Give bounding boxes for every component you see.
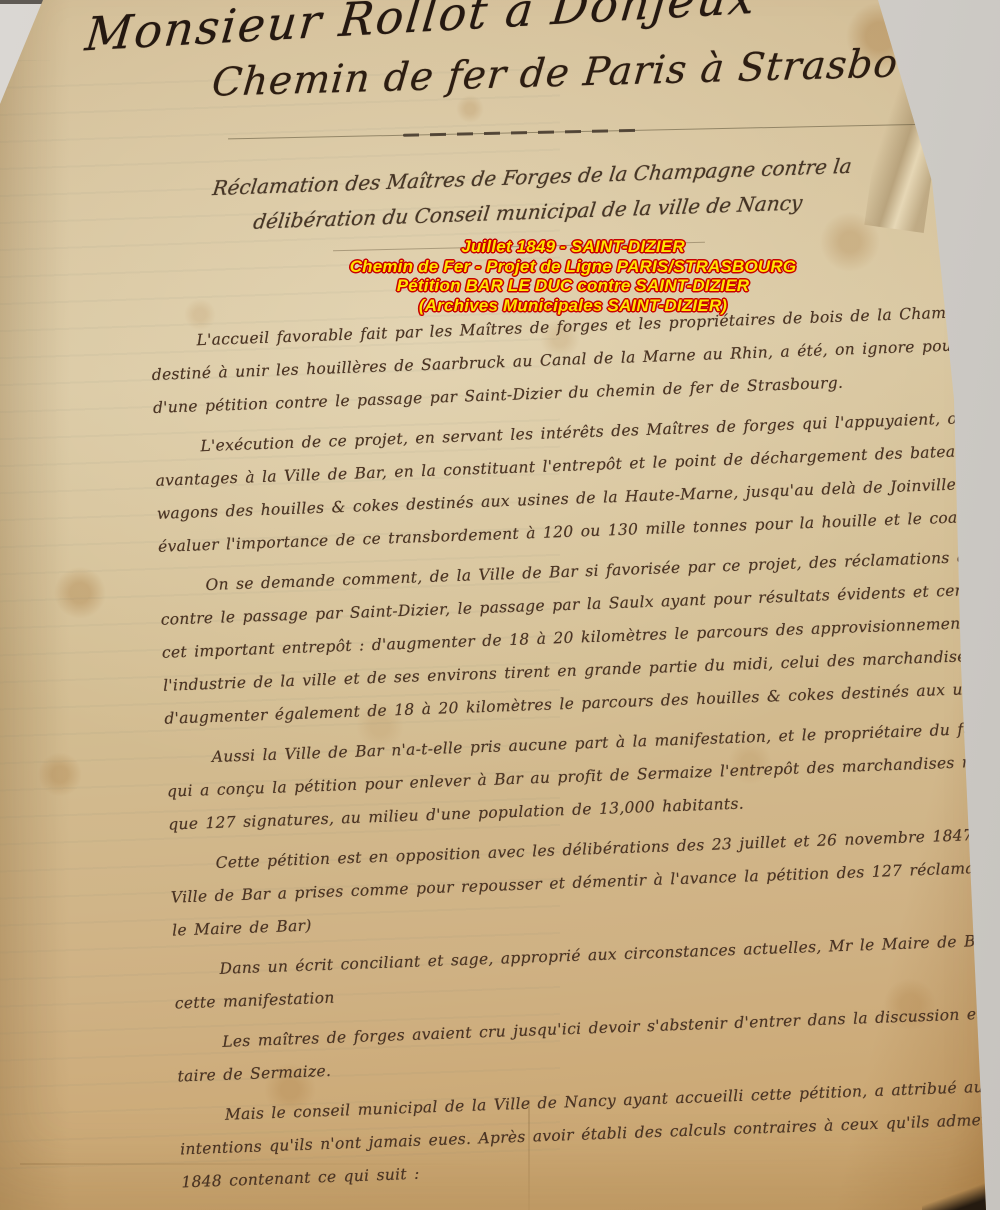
manuscript-paragraph: L'exécution de ce projet, en servant les… (154, 403, 958, 564)
crumpled-edge (864, 0, 955, 233)
manuscript-paragraph: On se demande comment, de la Ville de Ba… (159, 542, 965, 736)
manuscript-paragraph: Cette pétition est en opposition avec le… (169, 819, 972, 947)
document-photo: Monsieur Rollot à Donjeux Chemin de fer … (0, 0, 1000, 1210)
manuscript-paragraph: Mais le conseil municipal de la Ville de… (178, 1071, 981, 1199)
paper-sheet: Monsieur Rollot à Donjeux Chemin de fer … (0, 0, 1000, 1210)
corner-shadow (922, 1182, 1000, 1210)
manuscript-body: L'accueil favorable fait par les Maîtres… (150, 297, 982, 1207)
title-flourish-rule (228, 124, 934, 144)
annotation-line-1: Juillet 1849 - SAINT-DIZIER (113, 237, 1000, 257)
annotation-line-2: Chemin de Fer - Projet de Ligne PARIS/ST… (113, 257, 1000, 277)
manuscript-paragraph: Aussi la Ville de Bar n'a-t-elle pris au… (165, 713, 968, 841)
document-title: Chemin de fer de Paris à Strasbourg. (210, 39, 974, 105)
annotation-line-3: Pétition BAR LE DUC contre SAINT-DIZIER (113, 276, 1000, 296)
rule-dashes (403, 129, 638, 137)
manuscript-paragraph: L'accueil favorable fait par les Maîtres… (150, 297, 953, 425)
document-subtitle: Réclamation des Maîtres de Forges de la … (201, 148, 859, 241)
